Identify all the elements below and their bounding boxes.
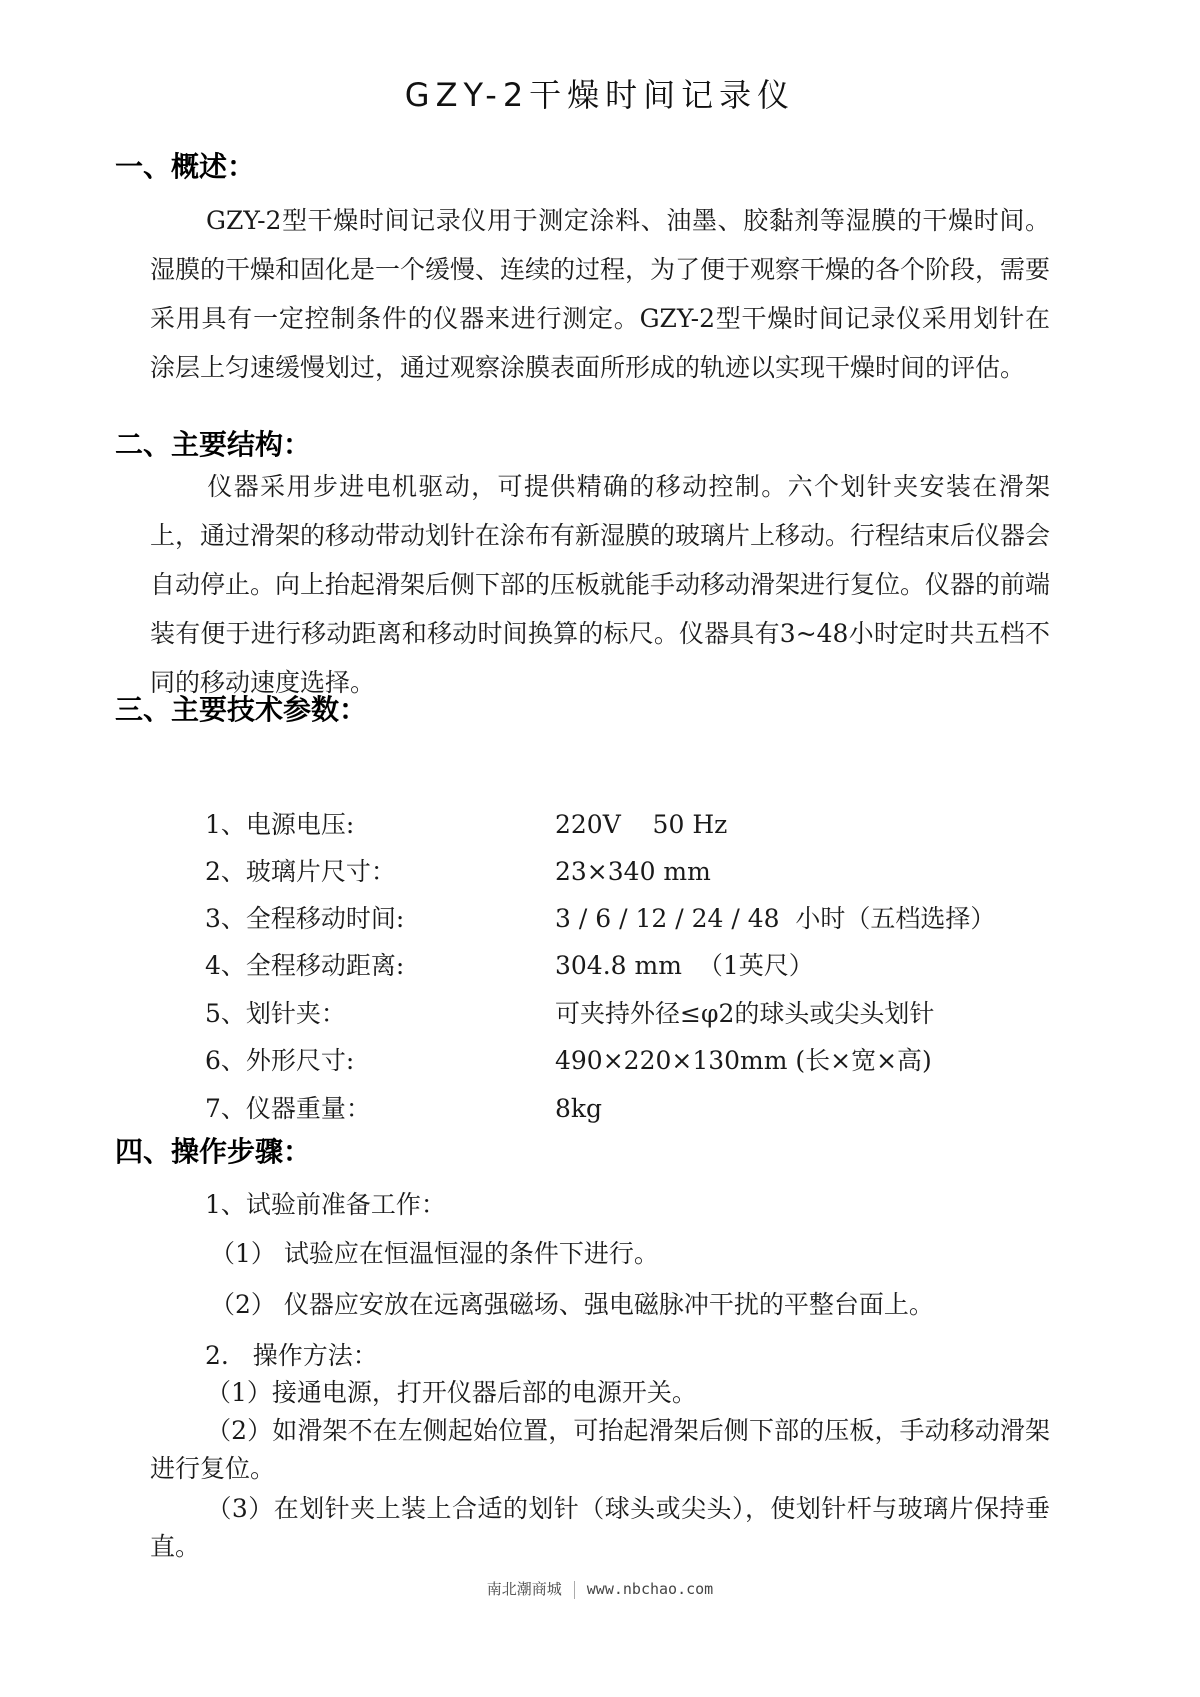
overview-text: GZY-2型干燥时间记录仪用于测定涂料、油墨、胶黏剂等湿膜的干燥时间。湿膜的干燥… [150, 206, 1050, 382]
method-item-text: （2）如滑架不在左侧起始位置，可抬起滑架后侧下部的压板，手动移动滑架进行复位。 [150, 1416, 1050, 1483]
spec-row: 2、玻璃片尺寸：23×340 mm [205, 852, 711, 888]
footer-url[interactable]: www.nbchao.com [587, 1580, 713, 1598]
section-heading-overview: 一、概述： [115, 145, 255, 185]
method-item-text: （3）在划针夹上装上合适的划针（球头或尖头），使划针杆与玻璃片保持垂直。 [150, 1494, 1050, 1561]
spec-value: 220V 50 Hz [555, 810, 727, 839]
structure-text: 仪器采用步进电机驱动，可提供精确的移动控制。六个划针夹安装在滑架上，通过滑架的移… [150, 472, 1050, 697]
prep-item-text: 仪器应安放在远离强磁场、强电磁脉冲干扰的平整台面上。 [284, 1290, 934, 1319]
prep-title: 1、试验前准备工作： [205, 1185, 446, 1221]
spec-row: 5、划针夹：可夹持外径≤φ2的球头或尖头划针 [205, 994, 934, 1030]
prep-item-text: 试验应在恒温恒湿的条件下进行。 [284, 1239, 659, 1268]
method-item-text: （1）接通电源，打开仪器后部的电源开关。 [206, 1378, 697, 1407]
spec-row: 1、电源电压:220V 50 Hz [205, 805, 727, 841]
spec-label: 4、全程移动距离: [205, 946, 555, 982]
spec-row: 3、全程移动时间:3 / 6 / 12 / 24 / 48 小时（五档选择） [205, 899, 995, 935]
spec-value: 23×340 mm [555, 857, 711, 886]
spec-value: 8kg [555, 1094, 602, 1123]
section-heading-operation: 四、操作步骤： [115, 1130, 311, 1170]
spec-value: 可夹持外径≤φ2的球头或尖头划针 [555, 999, 934, 1028]
method-item: （2）如滑架不在左侧起始位置，可抬起滑架后侧下部的压板，手动移动滑架进行复位。 [150, 1412, 1050, 1488]
spec-label: 3、全程移动时间: [205, 899, 555, 935]
structure-paragraph: 仪器采用步进电机驱动，可提供精确的移动控制。六个划针夹安装在滑架上，通过滑架的移… [150, 462, 1050, 707]
spec-value: 490×220×130mm (长×宽×高) [555, 1046, 932, 1075]
prep-item-num: （2） [210, 1290, 276, 1319]
spec-label: 1、电源电压: [205, 805, 555, 841]
spec-label: 7、仪器重量： [205, 1089, 555, 1125]
method-item: （1）接通电源，打开仪器后部的电源开关。 [150, 1374, 1050, 1412]
spec-label: 2、玻璃片尺寸： [205, 852, 555, 888]
spec-row: 6、外形尺寸:490×220×130mm (长×宽×高) [205, 1041, 932, 1077]
prep-item: （2） 仪器应安放在远离强磁场、强电磁脉冲干扰的平整台面上。 [210, 1285, 934, 1321]
overview-paragraph: GZY-2型干燥时间记录仪用于测定涂料、油墨、胶黏剂等湿膜的干燥时间。湿膜的干燥… [150, 196, 1050, 392]
footer-divider [574, 1581, 575, 1599]
prep-item: （1） 试验应在恒温恒湿的条件下进行。 [210, 1234, 659, 1270]
footer-brand: 南北潮商城 [487, 1580, 562, 1598]
spec-row: 4、全程移动距离:304.8 mm （1英尺） [205, 946, 814, 982]
method-item: （3）在划针夹上装上合适的划针（球头或尖头），使划针杆与玻璃片保持垂直。 [150, 1490, 1050, 1566]
method-title: 2. 操作方法： [205, 1336, 378, 1372]
spec-label: 5、划针夹： [205, 994, 555, 1030]
section-heading-specs: 三、主要技术参数： [115, 688, 367, 728]
section-heading-structure: 二、主要结构： [115, 423, 311, 463]
spec-value: 304.8 mm （1英尺） [555, 951, 814, 980]
prep-item-num: （1） [210, 1239, 276, 1268]
page-footer: 南北潮商城www.nbchao.com [0, 1578, 1200, 1599]
page-title: GZY-2干燥时间记录仪 [0, 70, 1200, 116]
spec-row: 7、仪器重量：8kg [205, 1089, 602, 1125]
spec-value: 3 / 6 / 12 / 24 / 48 小时（五档选择） [555, 904, 995, 933]
spec-label: 6、外形尺寸: [205, 1041, 555, 1077]
